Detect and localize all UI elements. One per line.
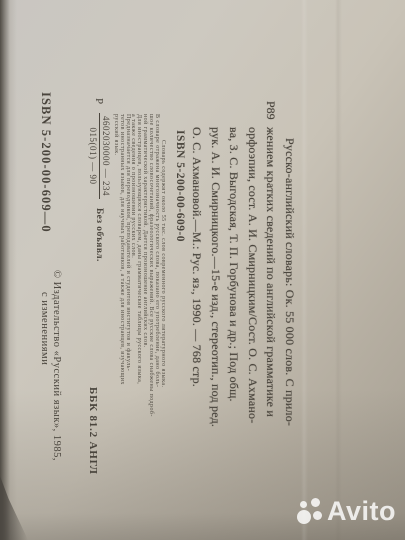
annotation-line: русский язык. [112,114,118,417]
copyright-line: с изменениями [39,270,51,461]
annotation-line: В словаре отражена многозначность русско… [153,114,159,417]
annotation-line: Для иностранцев, пользующихся словарем, … [135,114,141,417]
catalog-code: Р89 [263,101,278,120]
no-announcement-note: Без объявл. [94,208,104,262]
book-page: Р89 Русско-английский словарь: Ок. 55 00… [0,0,405,540]
print-order-letter: Р [93,98,105,104]
print-order-fraction: 4602030000 — 234 015(01) — 90 [88,113,111,199]
avito-watermark: Avito [291,495,396,529]
catalog-entry-line: рук. А. И. Смирницкого.—15-е изд., стере… [206,127,225,427]
copyright-line: © Издательство «Русский язык», 1985, [50,270,62,461]
print-order-numerator: 4602030000 — 234 [99,113,111,199]
catalog-entry-line: орфоэпии, сост. А. И. Смирницким/Сост. О… [243,127,262,427]
avito-wordmark: Avito [327,498,396,527]
book-photo: Р89 Русско-английский словарь: Ок. 55 00… [0,0,405,540]
annotation-line: шое количество словосочетаний, фразеолог… [147,114,153,417]
catalog-entry: Русско-английский словарь: Ок. 55 000 сл… [187,127,299,427]
copyright-notice: © Издательство «Русский язык», 1985, с и… [39,270,62,461]
isbn-top: ISBN 5-200-00-609-0 [174,130,186,242]
catalog-entry-line: жением кратких сведений по английской гр… [262,127,281,427]
bbk-code: ББК 81.2 АНГЛ [87,387,99,475]
avito-logo-icon [291,495,324,529]
catalog-entry-line: Русско-английский словарь: Ок. 55 000 сл… [280,127,299,427]
print-order-denominator: 015(01) — 90 [88,113,99,199]
isbn-bottom: ISBN 5-200-00-609—0 [38,92,53,233]
catalog-entry-line: О. С. Ахмановой.—М.: Рус. яз., 1990. — 7… [187,127,206,427]
catalog-entry-line: ва, З. С. Выгодская, Т. П. Горбунова и д… [225,127,244,427]
annotation: Словарь содержит около 55 тыс. слов совр… [112,114,165,417]
annotation-line: тетов иностранных языков, для научных ра… [118,114,124,417]
